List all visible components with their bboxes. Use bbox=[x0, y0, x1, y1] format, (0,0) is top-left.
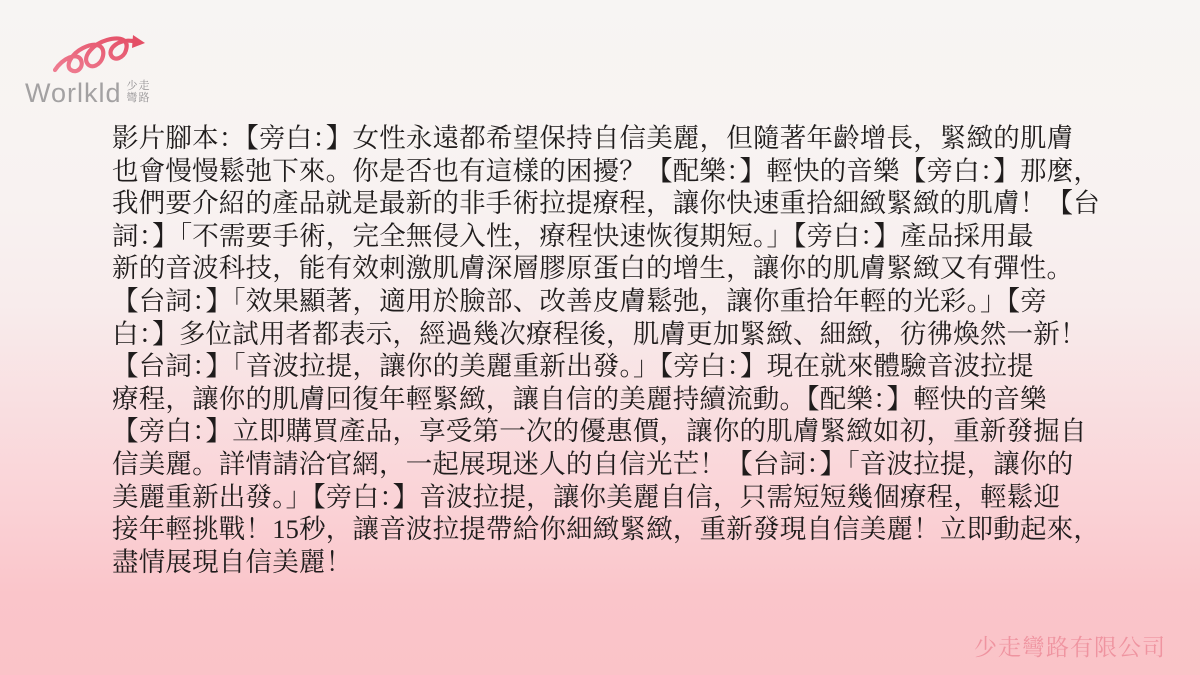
script-line: 美麗重新出發。」【旁白：】音波拉提，讓你美麗自信，只需短短幾個療程，輕鬆迎 bbox=[112, 481, 1112, 514]
logo-tagline: 少走 彎路 bbox=[127, 80, 151, 104]
script-line: 也會慢慢鬆弛下來。你是否也有這樣的困擾？【配樂：】輕快的音樂【旁白：】那麼， bbox=[112, 155, 1112, 188]
script-line: 接年輕挑戰！15秒，讓音波拉提帶給你細緻緊緻，重新發現自信美麗！立即動起來， bbox=[112, 513, 1112, 546]
script-line: 盡情展現自信美麗！ bbox=[112, 546, 1112, 579]
logo-tagline-line2: 彎路 bbox=[127, 92, 151, 104]
script-line: 【旁白：】立即購買產品，享受第一次的優惠價，讓你的肌膚緊緻如初，重新發掘自 bbox=[112, 415, 1112, 448]
spiral-arrow-icon bbox=[53, 32, 149, 84]
logo-tagline-line1: 少走 bbox=[127, 80, 151, 92]
script-line: 信美麗。詳情請洽官網，一起展現迷人的自信光芒！【台詞：】「音波拉提，讓你的 bbox=[112, 448, 1112, 481]
script-line: 【台詞：】「音波拉提，讓你的美麗重新出發。」【旁白：】現在就來體驗音波拉提 bbox=[112, 350, 1112, 383]
company-logo: Worlkld 少走 彎路 bbox=[25, 30, 215, 110]
script-line: 我們要介紹的產品就是最新的非手術拉提療程，讓你快速重拾細緻緊緻的肌膚！【台 bbox=[112, 187, 1112, 220]
script-line: 【台詞：】「效果顯著，適用於臉部、改善皮膚鬆弛，讓你重拾年輕的光彩。」【旁 bbox=[112, 285, 1112, 318]
script-line: 新的音波科技，能有效刺激肌膚深層膠原蛋白的增生，讓你的肌膚緊緻又有彈性。 bbox=[112, 252, 1112, 285]
footer-company-name: 少走彎路有限公司 bbox=[974, 629, 1166, 662]
script-line: 療程，讓你的肌膚回復年輕緊緻，讓自信的美麗持續流動。【配樂：】輕快的音樂 bbox=[112, 383, 1112, 416]
logo-text-row: Worlkld 少走 彎路 bbox=[25, 78, 151, 108]
logo-wordmark: Worlkld bbox=[25, 78, 122, 108]
script-line: 白：】多位試用者都表示，經過幾次療程後，肌膚更加緊緻、細緻，彷彿煥然一新！ bbox=[112, 318, 1112, 351]
video-script-text: 影片腳本：【旁白：】女性永遠都希望保持自信美麗，但隨著年齡增長，緊緻的肌膚 也會… bbox=[112, 122, 1112, 578]
script-line: 影片腳本：【旁白：】女性永遠都希望保持自信美麗，但隨著年齡增長，緊緻的肌膚 bbox=[112, 122, 1112, 155]
script-line: 詞：】「不需要手術，完全無侵入性，療程快速恢復期短。」【旁白：】產品採用最 bbox=[112, 220, 1112, 253]
